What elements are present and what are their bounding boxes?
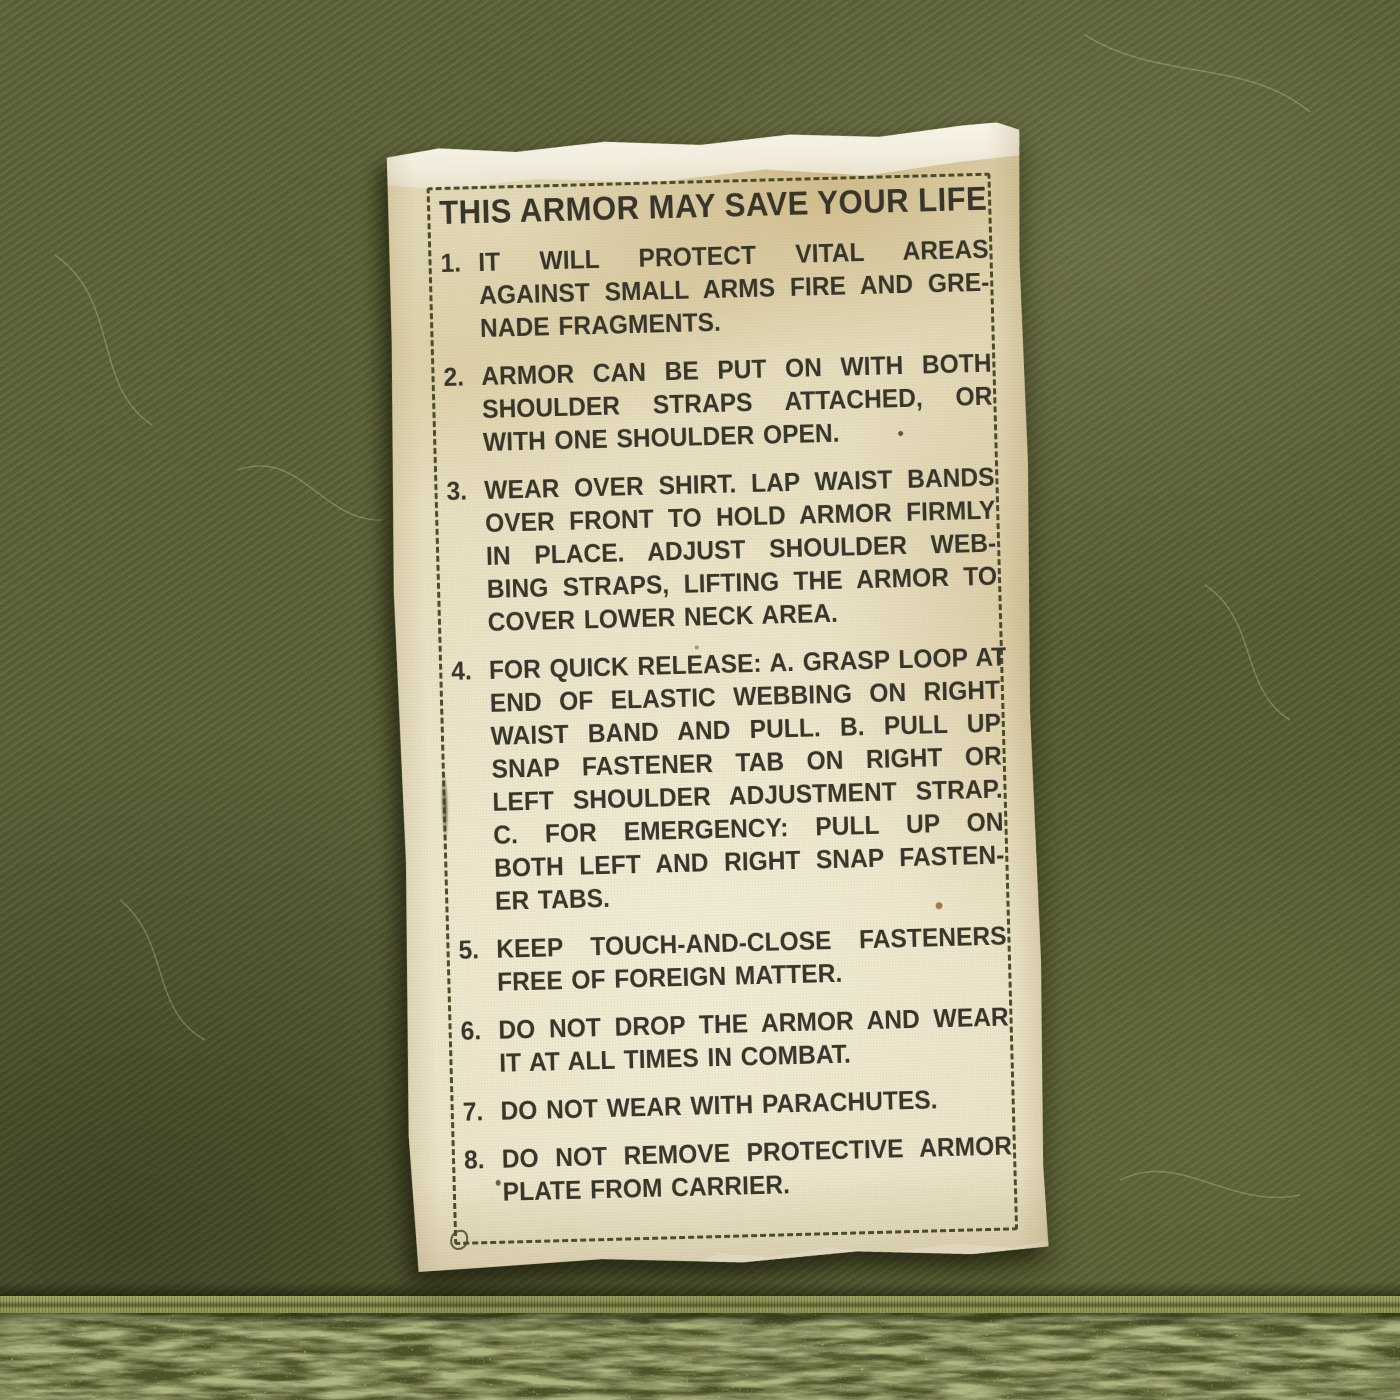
selvage-ribbon xyxy=(0,1296,1400,1313)
instruction-list: 1.IT WILL PROTECT VITAL AREASAGAINST SMA… xyxy=(440,233,1013,1210)
printed-text: THIS ARMOR MAY SAVE YOUR LIFE 1.IT WILL … xyxy=(439,179,1014,1225)
item-number: 2. xyxy=(443,360,483,460)
item-lines: ARMOR CAN BE PUT ON WITH BOTHSHOULDER ST… xyxy=(481,347,994,459)
instruction-item: 6.DO NOT DROP THE ARMOR AND WEARIT AT AL… xyxy=(460,1000,1010,1080)
pile-edge-shadow xyxy=(0,1313,1400,1325)
instruction-item: 8.DO NOT REMOVE PROTECTIVE ARMORPLATE FR… xyxy=(464,1129,1014,1209)
instruction-item: 1.IT WILL PROTECT VITAL AREASAGAINST SMA… xyxy=(440,233,991,346)
item-line: DO NOT WEAR WITH PARACHUTES. xyxy=(500,1081,1011,1127)
instruction-item: 2.ARMOR CAN BE PUT ON WITH BOTHSHOULDER … xyxy=(443,347,994,460)
thread-loop xyxy=(450,1230,469,1250)
item-lines: KEEP TOUCH-AND-CLOSE FASTENERSFREE OF FO… xyxy=(496,919,1008,998)
item-lines: DO NOT DROP THE ARMOR AND WEARIT AT ALL … xyxy=(498,1000,1010,1079)
item-number: 1. xyxy=(440,246,480,346)
loose-thread xyxy=(440,769,450,843)
instruction-item: 7.DO NOT WEAR WITH PARACHUTES. xyxy=(462,1081,1011,1128)
item-lines: IT WILL PROTECT VITAL AREASAGAINST SMALL… xyxy=(478,233,991,345)
item-number: 3. xyxy=(446,474,488,640)
instruction-item: 3.WEAR OVER SHIRT. LAP WAIST BANDSOVER F… xyxy=(446,461,998,640)
item-number: 6. xyxy=(460,1014,500,1081)
armor-label-photo: THIS ARMOR MAY SAVE YOUR LIFE 1.IT WILL … xyxy=(0,0,1400,1400)
instruction-item: 4.FOR QUICK RELEASE: A. GRASP LOOP ATEND… xyxy=(451,641,1006,919)
label-cloth: THIS ARMOR MAY SAVE YOUR LIFE 1.IT WILL … xyxy=(381,122,1048,1272)
item-lines: WEAR OVER SHIRT. LAP WAIST BANDSOVER FRO… xyxy=(484,461,998,639)
item-lines: DO NOT REMOVE PROTECTIVE ARMORPLATE FROM… xyxy=(501,1129,1013,1208)
item-lines: DO NOT WEAR WITH PARACHUTES. xyxy=(500,1081,1011,1127)
seam-shadow xyxy=(0,1282,1400,1297)
item-lines: FOR QUICK RELEASE: A. GRASP LOOP ATEND O… xyxy=(489,641,1006,918)
item-number: 8. xyxy=(464,1143,504,1210)
instruction-label: THIS ARMOR MAY SAVE YOUR LIFE 1.IT WILL … xyxy=(381,122,1048,1272)
velcro-pile-strip xyxy=(0,1313,1400,1400)
item-number: 7. xyxy=(462,1095,501,1129)
instruction-item: 5.KEEP TOUCH-AND-CLOSE FASTENERSFREE OF … xyxy=(458,919,1008,999)
item-number: 5. xyxy=(458,933,498,1000)
